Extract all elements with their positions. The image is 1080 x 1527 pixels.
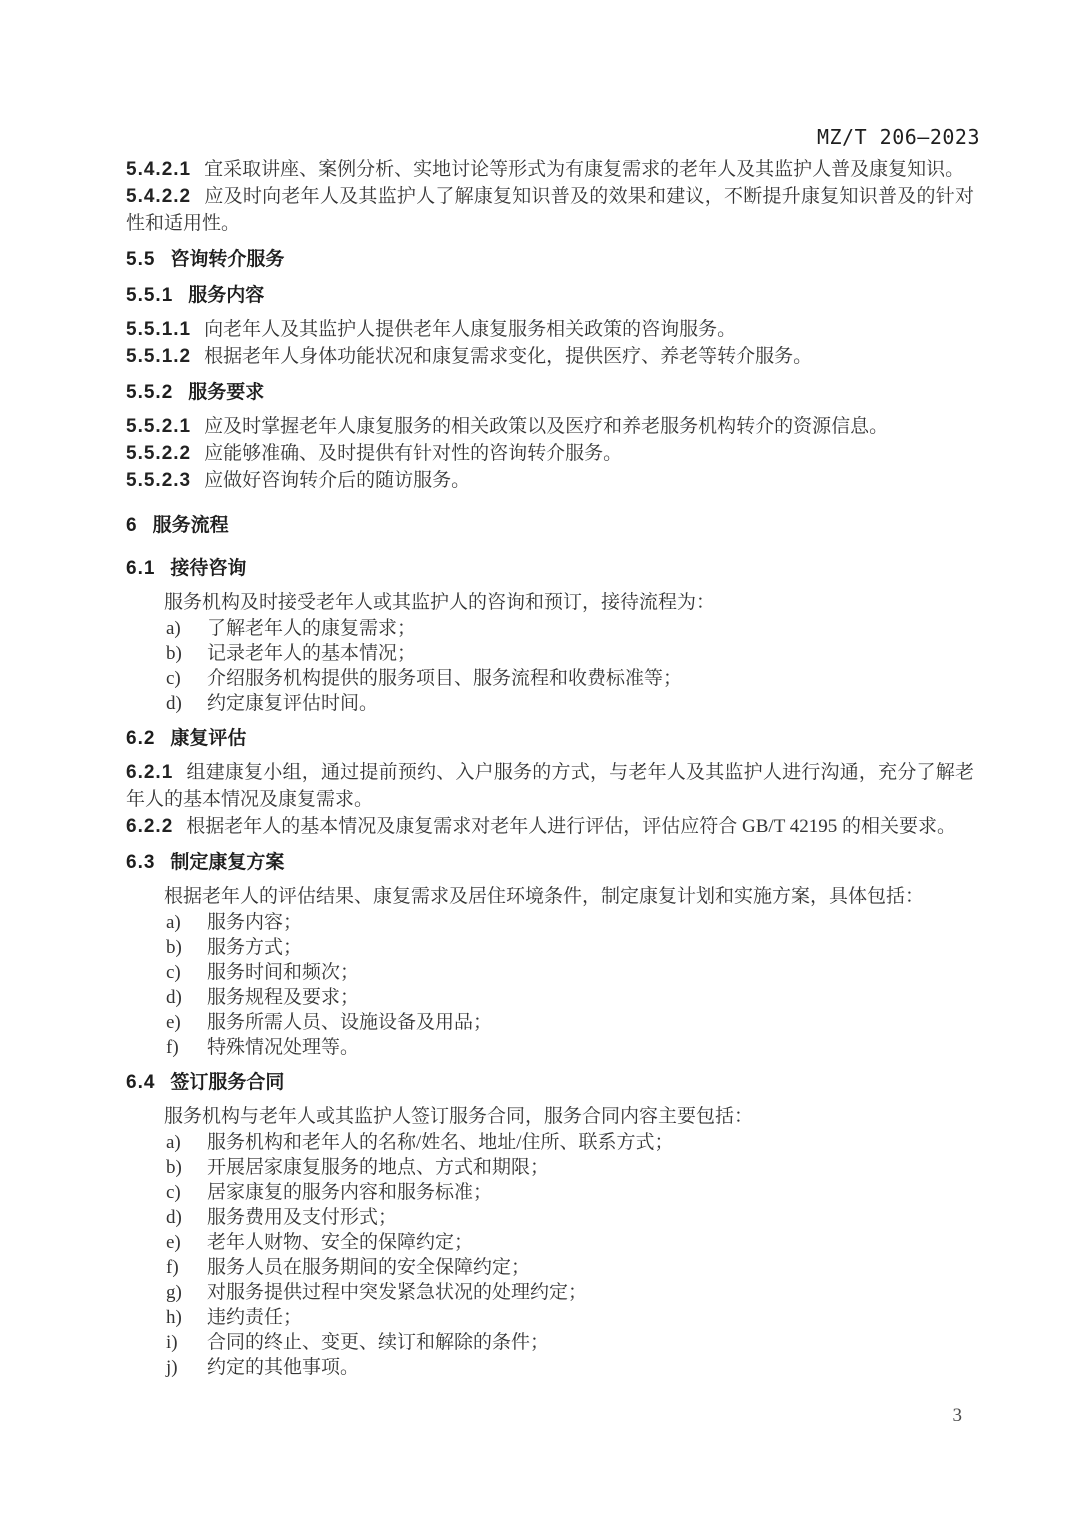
list-marker: d) [166,985,207,1010]
list-item: a)了解老年人的康复需求； [126,616,974,641]
clause-number: 5.5.1.1 [126,319,191,340]
list-marker: b) [166,935,207,960]
list-item: b)记录老年人的基本情况； [126,641,974,666]
page-number: 3 [953,1405,963,1427]
clause-number: 5.4.2.2 [126,186,191,207]
list-item: j)约定的其他事项。 [126,1355,974,1380]
document-body: 5.4.2.1宜采取讲座、案例分析、实地讨论等形式为有康复需求的老年人及其监护人… [126,156,974,1380]
clause-text: 应能够准确、及时提供有针对性的咨询转介服务。 [204,443,622,464]
clause-text: 向老年人及其监护人提供老年人康复服务相关政策的咨询服务。 [204,319,736,340]
section-heading: 6.4签订服务合同 [126,1069,974,1096]
list-item: h)违约责任； [126,1305,974,1330]
list-marker: c) [166,666,207,691]
list-marker: a) [166,910,207,935]
list-item: f)服务人员在服务期间的安全保障约定； [126,1255,974,1280]
list-marker: f) [166,1035,207,1060]
clause-text: 应及时向老年人及其监护人了解康复知识普及的效果和建议，不断提升康复知识普及的针对… [126,186,974,234]
clause: 5.5.2.2应能够准确、及时提供有针对性的咨询转介服务。 [126,440,974,467]
section-heading: 6.2康复评估 [126,725,974,752]
list-marker: d) [166,691,207,716]
list-item: c)服务时间和频次； [126,960,974,985]
list-item: i)合同的终止、变更、续订和解除的条件； [126,1330,974,1355]
clause-number: 5.5.2.1 [126,416,191,437]
section-title: 康复评估 [170,728,246,749]
document-page: MZ/T 206—2023 5.4.2.1宜采取讲座、案例分析、实地讨论等形式为… [0,0,1080,1527]
list-marker: f) [166,1255,207,1280]
list-item-text: 服务费用及支付形式； [207,1207,397,1228]
section-heading: 5.5.1服务内容 [126,282,974,309]
list-item-text: 服务方式； [207,937,302,958]
section-heading: 5.5.2服务要求 [126,379,974,406]
list-item-text: 记录老年人的基本情况； [207,643,416,664]
list-marker: c) [166,1180,207,1205]
list-marker: i) [166,1330,207,1355]
section-number: 6.4 [126,1072,155,1093]
clause-number: 6.2.1 [126,762,173,783]
clause-text: 组建康复小组，通过提前预约、入户服务的方式，与老年人及其监护人进行沟通，充分了解… [126,762,974,810]
list-marker: j) [166,1355,207,1380]
list-marker: b) [166,1155,207,1180]
clause-text: 应及时掌握老年人康复服务的相关政策以及医疗和养老服务机构转介的资源信息。 [204,416,888,437]
clause-text: 根据老年人的基本情况及康复需求对老年人进行评估，评估应符合 GB/T 42195… [186,816,956,837]
section-title: 服务要求 [188,382,264,403]
section-title: 服务内容 [188,285,264,306]
section-number: 5.5.1 [126,285,173,306]
list-marker: g) [166,1280,207,1305]
list-item-text: 服务规程及要求； [207,987,359,1008]
list-marker: c) [166,960,207,985]
clause: 5.4.2.2应及时向老年人及其监护人了解康复知识普及的效果和建议，不断提升康复… [126,183,974,237]
list-marker: a) [166,616,207,641]
section-heading: 6服务流程 [126,512,974,539]
section-number: 6 [126,515,138,536]
clause-number: 5.4.2.1 [126,159,191,180]
section-number: 5.5.2 [126,382,173,403]
list-item: e)老年人财物、安全的保障约定； [126,1230,974,1255]
section-heading: 5.5咨询转介服务 [126,246,974,273]
section-title: 签订服务合同 [170,1072,284,1093]
list-item: b)服务方式； [126,935,974,960]
clause-number: 5.5.2.2 [126,443,191,464]
list-marker: a) [166,1130,207,1155]
clause-number: 6.2.2 [126,816,173,837]
clause-number: 5.5.2.3 [126,470,191,491]
section-title: 服务流程 [153,515,229,536]
list-item-text: 特殊情况处理等。 [207,1037,359,1058]
list-marker: e) [166,1010,207,1035]
list-item: c)居家康复的服务内容和服务标准； [126,1180,974,1205]
clause: 6.2.1组建康复小组，通过提前预约、入户服务的方式，与老年人及其监护人进行沟通… [126,759,974,813]
list-marker: b) [166,641,207,666]
list-item-text: 介绍服务机构提供的服务项目、服务流程和收费标准等； [207,668,682,689]
list-item: f)特殊情况处理等。 [126,1035,974,1060]
list-item: c)介绍服务机构提供的服务项目、服务流程和收费标准等； [126,666,974,691]
section-number: 6.3 [126,852,155,873]
clause: 5.5.2.1应及时掌握老年人康复服务的相关政策以及医疗和养老服务机构转介的资源… [126,413,974,440]
list-marker: h) [166,1305,207,1330]
list-marker: d) [166,1205,207,1230]
list-item-text: 开展居家康复服务的地点、方式和期限； [207,1157,549,1178]
list-item: b)开展居家康复服务的地点、方式和期限； [126,1155,974,1180]
section-number: 5.5 [126,249,155,270]
list-item-text: 服务内容； [207,912,302,933]
clause: 5.5.2.3应做好咨询转介后的随访服务。 [126,467,974,494]
paragraph: 服务机构及时接受老年人或其监护人的咨询和预订，接待流程为： [126,589,974,616]
section-title: 制定康复方案 [170,852,284,873]
list-item-text: 服务所需人员、设施设备及用品； [207,1012,492,1033]
section-number: 6.1 [126,558,155,579]
list-item: g)对服务提供过程中突发紧急状况的处理约定； [126,1280,974,1305]
section-title: 咨询转介服务 [170,249,284,270]
clause: 5.5.1.2根据老年人身体功能状况和康复需求变化，提供医疗、养老等转介服务。 [126,343,974,370]
section-number: 6.2 [126,728,155,749]
list-item-text: 居家康复的服务内容和服务标准； [207,1182,492,1203]
list-item-text: 合同的终止、变更、续订和解除的条件； [207,1332,549,1353]
list-item: e)服务所需人员、设施设备及用品； [126,1010,974,1035]
section-title: 接待咨询 [170,558,246,579]
paragraph: 服务机构与老年人或其监护人签订服务合同，服务合同内容主要包括： [126,1103,974,1130]
list-item-text: 了解老年人的康复需求； [207,618,416,639]
clause-text: 宜采取讲座、案例分析、实地讨论等形式为有康复需求的老年人及其监护人普及康复知识。 [204,159,964,180]
clause-number: 5.5.1.2 [126,346,191,367]
list-item-text: 服务时间和频次； [207,962,359,983]
clause: 5.4.2.1宜采取讲座、案例分析、实地讨论等形式为有康复需求的老年人及其监护人… [126,156,974,183]
clause-text: 应做好咨询转介后的随访服务。 [204,470,470,491]
section-heading: 6.1接待咨询 [126,555,974,582]
clause: 5.5.1.1向老年人及其监护人提供老年人康复服务相关政策的咨询服务。 [126,316,974,343]
list-item-text: 服务机构和老年人的名称/姓名、地址/住所、联系方式； [207,1132,674,1153]
list-item: a)服务机构和老年人的名称/姓名、地址/住所、联系方式； [126,1130,974,1155]
section-heading: 6.3制定康复方案 [126,849,974,876]
list-item-text: 约定的其他事项。 [207,1357,359,1378]
clause-text: 根据老年人身体功能状况和康复需求变化，提供医疗、养老等转介服务。 [204,346,812,367]
list-item: a)服务内容； [126,910,974,935]
running-header-standard-number: MZ/T 206—2023 [817,125,980,149]
clause: 6.2.2根据老年人的基本情况及康复需求对老年人进行评估，评估应符合 GB/T … [126,813,974,840]
list-item-text: 违约责任； [207,1307,302,1328]
list-item: d)服务费用及支付形式； [126,1205,974,1230]
paragraph: 根据老年人的评估结果、康复需求及居住环境条件，制定康复计划和实施方案，具体包括： [126,883,974,910]
list-item-text: 老年人财物、安全的保障约定； [207,1232,473,1253]
list-item: d)约定康复评估时间。 [126,691,974,716]
list-item-text: 服务人员在服务期间的安全保障约定； [207,1257,530,1278]
list-item: d)服务规程及要求； [126,985,974,1010]
list-marker: e) [166,1230,207,1255]
list-item-text: 约定康复评估时间。 [207,693,378,714]
list-item-text: 对服务提供过程中突发紧急状况的处理约定； [207,1282,587,1303]
